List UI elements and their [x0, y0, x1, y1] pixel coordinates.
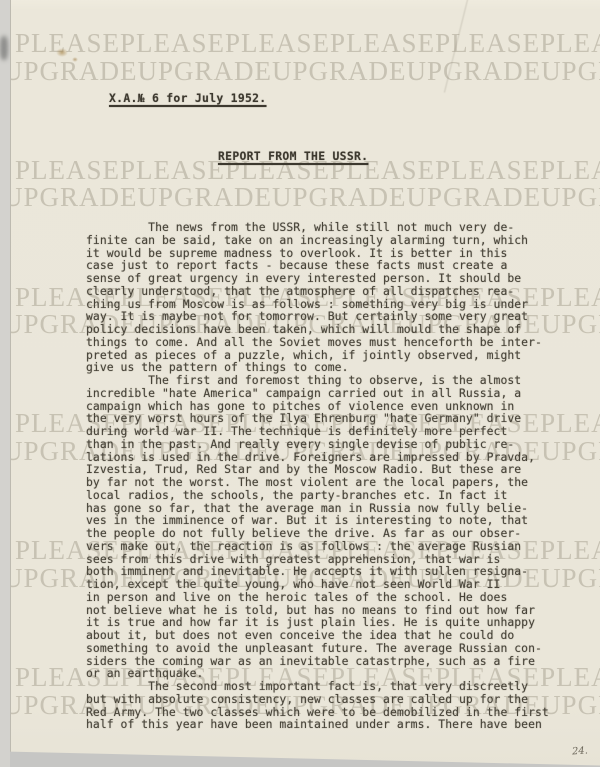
document-title: REPORT FROM THE USSR.	[218, 149, 368, 163]
body-line: The news from the USSR, while still not …	[86, 221, 586, 234]
body-line: half of this year have been maintained u…	[86, 718, 586, 731]
page-number: 24.	[572, 745, 589, 757]
body-line: The second most important fact is, that …	[86, 680, 586, 693]
body-line: incredible "hate America" campaign carri…	[86, 387, 586, 400]
body-line: during world war II. The technique is de…	[86, 425, 586, 438]
body-line: clearly understood, that the atmosphere …	[86, 285, 586, 298]
document-reference: X.A.№ 6 for July 1952.	[109, 91, 266, 105]
scan-background: { "page": { "background_color": "#c6c6c4…	[0, 0, 600, 767]
body-line: something to avoid the unpleasant future…	[86, 642, 586, 655]
body-line: local radios, the schools, the party-bra…	[86, 489, 586, 502]
paper-sheet: PLEASEPLEASEPLEASEPLEASEPLEASEPLEASEUPGR…	[10, 0, 600, 767]
body-line: policy decisions have been taken, which …	[86, 323, 586, 336]
body-line: finite can be said, take on an increasin…	[86, 234, 586, 247]
body-line: the people do not fully believe the driv…	[86, 527, 586, 540]
body-line: by far not the worst. The most violent a…	[86, 476, 586, 489]
body-line: vers make out, the reaction is as follow…	[86, 540, 586, 553]
scan-edge-smudge	[0, 36, 8, 60]
body-line: The first and foremost thing to observe,…	[86, 374, 586, 387]
body-line: than in the past. And really every singl…	[86, 438, 586, 451]
body-line: in person and live on the heroic tales o…	[86, 591, 586, 604]
document-content: X.A.№ 6 for July 1952. REPORT FROM THE U…	[11, 0, 600, 767]
body-line: but with absolute consistency, new class…	[86, 693, 586, 706]
body-line: sense of great urgency in every interest…	[86, 272, 586, 285]
body-line: about it, but does not even conceive the…	[86, 629, 586, 642]
body-line: tion, except the quite young, who have n…	[86, 578, 586, 591]
document-body: The news from the USSR, while still not …	[86, 221, 586, 731]
body-line: things to come. And all the Soviet moves…	[86, 336, 586, 349]
